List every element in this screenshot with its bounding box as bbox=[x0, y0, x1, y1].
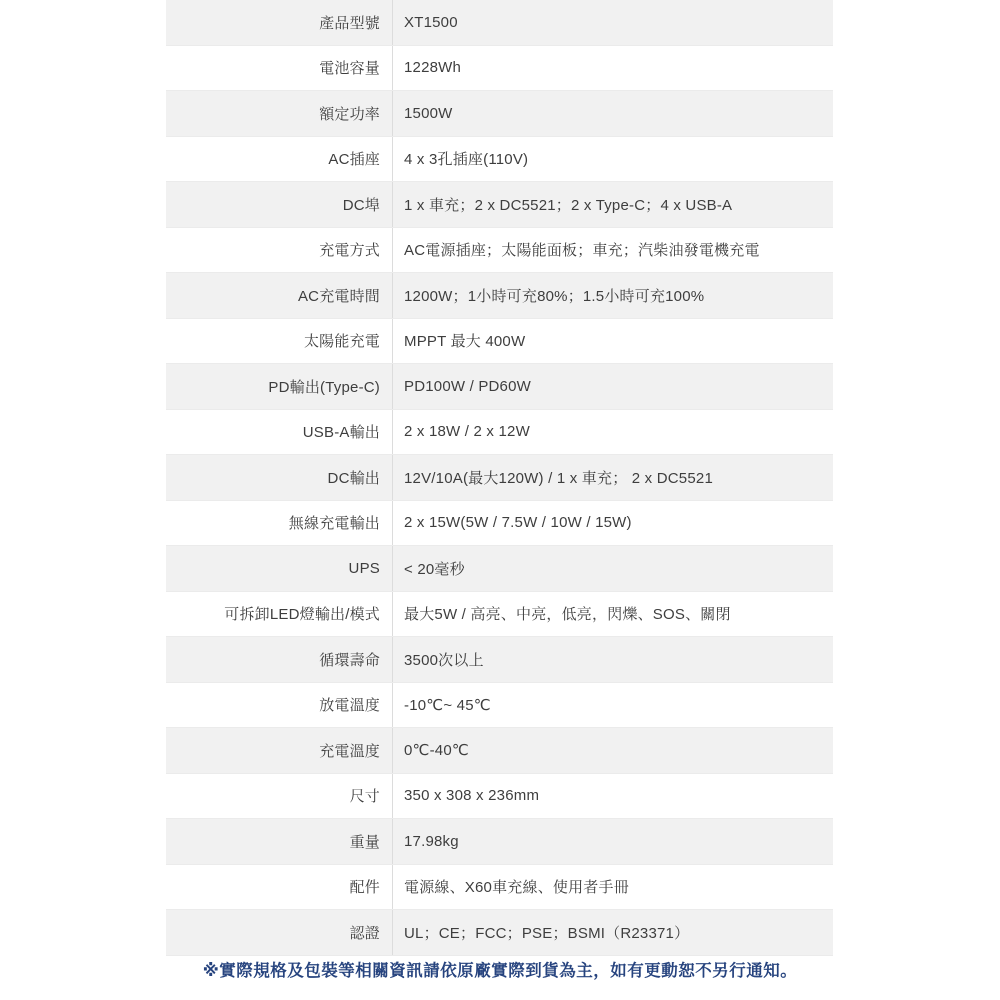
spec-label: 尺寸 bbox=[166, 774, 392, 819]
spec-value: UL；CE；FCC；PSE；BSMI（R23371） bbox=[392, 910, 833, 955]
spec-label: AC插座 bbox=[166, 137, 392, 182]
spec-label: AC充電時間 bbox=[166, 273, 392, 318]
spec-row-ac-outlet: AC插座 4 x 3孔插座(110V) bbox=[166, 137, 833, 183]
spec-row-battery-capacity: 電池容量 1228Wh bbox=[166, 46, 833, 92]
spec-value: 1 x 車充；2 x DC5521；2 x Type-C；4 x USB-A bbox=[392, 182, 833, 227]
spec-value: 0℃-40℃ bbox=[392, 728, 833, 773]
spec-label: 重量 bbox=[166, 819, 392, 864]
disclaimer-note: ※實際規格及包裝等相關資訊請依原廠實際到貨為主，如有更動恕不另行通知。 bbox=[0, 957, 1000, 981]
spec-value: 1500W bbox=[392, 91, 833, 136]
product-spec-page: 產品型號 XT1500 電池容量 1228Wh 額定功率 1500W AC插座 … bbox=[0, 0, 1000, 1000]
spec-label: 充電溫度 bbox=[166, 728, 392, 773]
spec-value: 3500次以上 bbox=[392, 637, 833, 682]
spec-label: UPS bbox=[166, 546, 392, 591]
spec-value: 2 x 18W / 2 x 12W bbox=[392, 410, 833, 455]
spec-row-dimensions: 尺寸 350 x 308 x 236mm bbox=[166, 774, 833, 820]
spec-row-dc-ports: DC埠 1 x 車充；2 x DC5521；2 x Type-C；4 x USB… bbox=[166, 182, 833, 228]
spec-value: 350 x 308 x 236mm bbox=[392, 774, 833, 819]
spec-value: PD100W / PD60W bbox=[392, 364, 833, 409]
spec-row-discharge-temp: 放電溫度 -10℃~ 45℃ bbox=[166, 683, 833, 729]
spec-row-dc-output: DC輸出 12V/10A(最大120W) / 1 x 車充； 2 x DC552… bbox=[166, 455, 833, 501]
spec-label: 產品型號 bbox=[166, 0, 392, 45]
spec-value: AC電源插座；太陽能面板；車充；汽柴油發電機充電 bbox=[392, 228, 833, 273]
spec-value: 4 x 3孔插座(110V) bbox=[392, 137, 833, 182]
spec-row-ac-charge-time: AC充電時間 1200W；1小時可充80%；1.5小時可充100% bbox=[166, 273, 833, 319]
spec-label: 電池容量 bbox=[166, 46, 392, 91]
spec-row-solar-charging: 太陽能充電 MPPT 最大 400W bbox=[166, 319, 833, 365]
spec-value: 17.98kg bbox=[392, 819, 833, 864]
spec-row-rated-power: 額定功率 1500W bbox=[166, 91, 833, 137]
spec-row-led-output: 可拆卸LED燈輸出/模式 最大5W / 高亮、中亮，低亮，閃爍、SOS、關閉 bbox=[166, 592, 833, 638]
spec-row-cycle-life: 循環壽命 3500次以上 bbox=[166, 637, 833, 683]
spec-value: MPPT 最大 400W bbox=[392, 319, 833, 364]
spec-row-wireless-output: 無線充電輸出 2 x 15W(5W / 7.5W / 10W / 15W) bbox=[166, 501, 833, 547]
spec-label: 配件 bbox=[166, 865, 392, 910]
spec-label: 認證 bbox=[166, 910, 392, 955]
spec-value: 電源線、X60車充線、使用者手冊 bbox=[392, 865, 833, 910]
spec-row-ups: UPS < 20毫秒 bbox=[166, 546, 833, 592]
spec-row-charging-methods: 充電方式 AC電源插座；太陽能面板；車充；汽柴油發電機充電 bbox=[166, 228, 833, 274]
spec-row-model: 產品型號 XT1500 bbox=[166, 0, 833, 46]
spec-label: 無線充電輸出 bbox=[166, 501, 392, 546]
spec-value: -10℃~ 45℃ bbox=[392, 683, 833, 728]
spec-label: 可拆卸LED燈輸出/模式 bbox=[166, 592, 392, 637]
spec-label: 太陽能充電 bbox=[166, 319, 392, 364]
spec-label: PD輸出(Type-C) bbox=[166, 364, 392, 409]
spec-label: 循環壽命 bbox=[166, 637, 392, 682]
spec-value: 1200W；1小時可充80%；1.5小時可充100% bbox=[392, 273, 833, 318]
spec-label: 額定功率 bbox=[166, 91, 392, 136]
spec-row-certifications: 認證 UL；CE；FCC；PSE；BSMI（R23371） bbox=[166, 910, 833, 956]
spec-row-accessories: 配件 電源線、X60車充線、使用者手冊 bbox=[166, 865, 833, 911]
spec-label: DC埠 bbox=[166, 182, 392, 227]
spec-label: 放電溫度 bbox=[166, 683, 392, 728]
spec-value: 1228Wh bbox=[392, 46, 833, 91]
spec-row-pd-output: PD輸出(Type-C) PD100W / PD60W bbox=[166, 364, 833, 410]
spec-value: 2 x 15W(5W / 7.5W / 10W / 15W) bbox=[392, 501, 833, 546]
spec-value: < 20毫秒 bbox=[392, 546, 833, 591]
spec-value: 最大5W / 高亮、中亮，低亮，閃爍、SOS、關閉 bbox=[392, 592, 833, 637]
spec-label: 充電方式 bbox=[166, 228, 392, 273]
spec-table: 產品型號 XT1500 電池容量 1228Wh 額定功率 1500W AC插座 … bbox=[166, 0, 833, 956]
spec-row-usba-output: USB-A輸出 2 x 18W / 2 x 12W bbox=[166, 410, 833, 456]
spec-value: XT1500 bbox=[392, 0, 833, 45]
spec-row-charge-temp: 充電溫度 0℃-40℃ bbox=[166, 728, 833, 774]
spec-label: USB-A輸出 bbox=[166, 410, 392, 455]
spec-value: 12V/10A(最大120W) / 1 x 車充； 2 x DC5521 bbox=[392, 455, 833, 500]
spec-label: DC輸出 bbox=[166, 455, 392, 500]
spec-row-weight: 重量 17.98kg bbox=[166, 819, 833, 865]
